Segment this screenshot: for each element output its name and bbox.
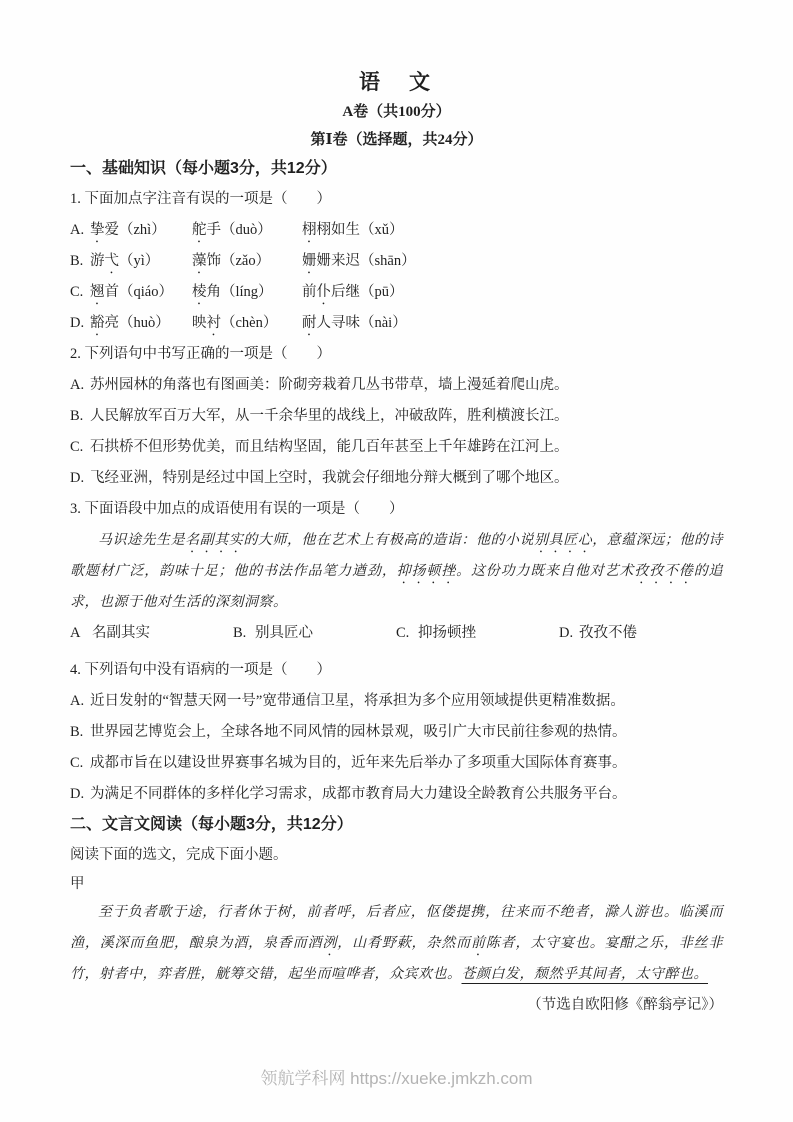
q2-option-d: D.飞经亚洲，特别是经过中国上空时，我就会仔细地分辩大概到了哪个地区。 [70,463,723,494]
q3-option-d: D.孜孜不倦 [559,625,637,641]
q3-option-b: B.别具匠心 [233,618,396,649]
q3-options-row: A名副其实B.别具匠心C.抑扬顿挫D.孜孜不倦 [70,618,723,649]
option-text: 抑扬顿挫 [418,625,476,641]
q1-option-b: B.游弋（yì）藻饰（zǎo）姗姗来迟（shān） [70,246,723,277]
q1-word: 栩栩如生（xǔ） [302,222,404,238]
option-text: 石拱桥不但形势优美，而且结构坚固，能几百年甚至上千年雄跨在江河上。 [90,439,569,455]
q1-word: 豁亮（huò） [90,308,192,339]
q3-passage: 马识途先生是名副其实的大师，他在艺术上有极高的造诣：他的小说别具匠心，意蕴深远；… [70,525,723,618]
option-text: 近日发射的“智慧天网一号”宽带通信卫星，将承担为多个应用领域提供更精准数据。 [90,693,625,709]
option-label: A [70,618,88,649]
q1-word: 挚爱（zhì） [90,215,192,246]
q1-word: 翘首（qiáo） [90,277,192,308]
option-label: A. [70,370,90,401]
option-text: 苏州园林的角落也有图画美：阶砌旁栽着几丛书带草，墙上漫延着爬山虎。 [90,377,569,393]
q2-stem: 2. 下列语句中书写正确的一项是（ ） [70,339,723,370]
option-label: D. [559,618,579,649]
option-label: D. [70,779,90,810]
q1-stem: 1. 下面加点字注音有误的一项是（ ） [70,184,723,215]
reading-intro: 阅读下面的选文，完成下面小题。 [70,840,723,871]
q3-option-a: A名副其实 [70,618,233,649]
option-label: B. [70,246,90,277]
q2-option-a: A.苏州园林的角落也有图画美：阶砌旁栽着几丛书带草，墙上漫延着爬山虎。 [70,370,723,401]
section-one-heading: 一、基础知识（每小题3分，共12分） [70,154,723,184]
option-text: 为满足不同群体的多样化学习需求，成都市教育局大力建设全龄教育公共服务平台。 [90,786,627,802]
option-label: B. [70,717,90,748]
option-label: A. [70,215,90,246]
volume-heading: A卷（共100分） [70,98,723,126]
option-label: C. [396,618,414,649]
q4-stem: 4. 下列语句中没有语病的一项是（ ） [70,655,723,686]
q1-word: 游弋（yì） [90,246,192,277]
option-text: 别具匠心 [255,625,313,641]
option-label: C. [70,748,90,779]
site-watermark: 领航学科网 https://xueke.jmkzh.com [0,1064,793,1094]
option-text: 人民解放军百万大军，从一千余华里的战线上，冲破敌阵，胜利横渡长江。 [90,408,569,424]
q1-word: 映衬（chèn） [192,308,302,339]
classical-passage: 至于负者歌于途，行者休于树，前者呼，后者应，伛偻提携，往来而不绝者，滁人游也。临… [70,897,723,990]
part-heading: 第Ⅰ卷（选择题，共24分） [70,126,723,154]
q1-option-c: C.翘首（qiáo）棱角（líng）前仆后继（pū） [70,277,723,308]
option-text: 世界园艺博览会上，全球各地不同风情的园林景观，吸引广大市民前往参观的热情。 [90,724,627,740]
option-text: 孜孜不倦 [579,625,637,641]
option-label: A. [70,686,90,717]
option-label: B. [233,618,251,649]
passage-label-jia: 甲 [70,871,723,897]
q1-word: 舵手（duò） [192,215,302,246]
q1-word: 藻饰（zǎo） [192,246,302,277]
q2-option-c: C.石拱桥不但形势优美，而且结构坚固，能几百年甚至上千年雄跨在江河上。 [70,432,723,463]
option-label: C. [70,432,90,463]
q1-option-a: A.挚爱（zhì）舵手（duò）栩栩如生（xǔ） [70,215,723,246]
option-label: C. [70,277,90,308]
q1-word: 前仆后继（pū） [302,284,404,300]
option-label: D. [70,463,90,494]
option-text: 飞经亚洲，特别是经过中国上空时，我就会仔细地分辩大概到了哪个地区。 [90,470,569,486]
q1-option-d: D.豁亮（huò）映衬（chèn）耐人寻味（nài） [70,308,723,339]
q1-word: 姗姗来迟（shān） [302,253,416,269]
q4-option-d: D.为满足不同群体的多样化学习需求，成都市教育局大力建设全龄教育公共服务平台。 [70,779,723,810]
q3-stem: 3. 下面语段中加点的成语使用有误的一项是（ ） [70,494,723,525]
q4-option-a: A.近日发射的“智慧天网一号”宽带通信卫星，将承担为多个应用领域提供更精准数据。 [70,686,723,717]
option-text: 成都市旨在以建设世界赛事名城为目的，近年来先后举办了多项重大国际体育赛事。 [90,755,627,771]
exam-paper-page: 语 文 A卷（共100分） 第Ⅰ卷（选择题，共24分） 一、基础知识（每小题3分… [0,0,793,1122]
option-label: B. [70,401,90,432]
exam-title: 语 文 [70,68,723,98]
q2-option-b: B.人民解放军百万大军，从一千余华里的战线上，冲破敌阵，胜利横渡长江。 [70,401,723,432]
q1-word: 棱角（líng） [192,277,302,308]
q4-option-b: B.世界园艺博览会上，全球各地不同风情的园林景观，吸引广大市民前往参观的热情。 [70,717,723,748]
section-two-heading: 二、文言文阅读（每小题3分，共12分） [70,810,723,840]
option-label: D. [70,308,90,339]
q1-word: 耐人寻味（nài） [302,315,407,331]
q4-option-c: C.成都市旨在以建设世界赛事名城为目的，近年来先后举办了多项重大国际体育赛事。 [70,748,723,779]
option-text: 名副其实 [92,625,150,641]
q3-option-c: C.抑扬顿挫 [396,618,559,649]
passage-attribution: （节选自欧阳修《醉翁亭记》） [70,990,723,1021]
page-content: 语 文 A卷（共100分） 第Ⅰ卷（选择题，共24分） 一、基础知识（每小题3分… [0,0,793,1021]
